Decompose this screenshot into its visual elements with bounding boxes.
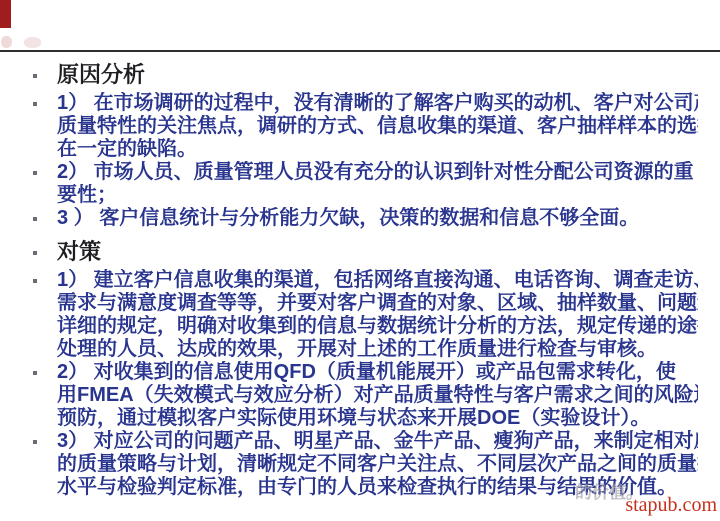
item-text-line: 3） 对应公司的问题产品、明星产品、金牛产品、瘦狗产品，来制定相对应 <box>57 430 698 453</box>
bullet-col <box>30 161 57 175</box>
bullet-col <box>30 269 57 283</box>
section-heading: 原因分析 <box>57 60 145 90</box>
bullet-col <box>30 60 57 78</box>
item-text: 1） 在市场调研的过程中，没有清晰的了解客户购买的动机、客户对公司产品质量特性的… <box>57 92 698 161</box>
item-text-line: 3 ） 客户信息统计与分析能力欠缺，决策的数据和信息不够全面。 <box>57 207 698 230</box>
bullet-icon <box>33 371 37 375</box>
bullet-col <box>30 430 57 444</box>
corner-smudge <box>24 37 41 48</box>
bullet-icon <box>33 440 37 444</box>
bullet-icon <box>33 102 37 106</box>
item-text-line: 的质量策略与计划，清晰规定不同客户关注点、不同层次产品之间的质量控制 <box>57 453 698 476</box>
list-item: 2） 市场人员、质量管理人员没有充分的认识到针对性分配公司资源的重要性； <box>30 161 698 207</box>
top-divider-rule <box>0 50 720 52</box>
list-item: 1） 建立客户信息收集的渠道，包括网络直接沟通、电话咨询、调查走访、需求与满意度… <box>30 269 698 361</box>
corner-accent-bar <box>0 0 11 28</box>
item-text-line: 在一定的缺陷。 <box>57 138 698 161</box>
bullet-col <box>30 207 57 221</box>
bullet-col <box>30 92 57 106</box>
list-item: 2） 对收集到的信息使用QFD（质量机能展开）或产品包需求转化，使用FMEA（失… <box>30 361 698 430</box>
item-text: 3 ） 客户信息统计与分析能力欠缺，决策的数据和信息不够全面。 <box>57 207 698 230</box>
list-item: 3 ） 客户信息统计与分析能力欠缺，决策的数据和信息不够全面。 <box>30 207 698 230</box>
item-text-line: 2） 对收集到的信息使用QFD（质量机能展开）或产品包需求转化，使 <box>57 361 698 384</box>
site-watermark: stapub.com <box>625 494 717 517</box>
item-text-line: 要性； <box>57 184 698 207</box>
item-text-line: 质量特性的关注焦点，调研的方式、信息收集的渠道、客户抽样样本的选择存 <box>57 115 698 138</box>
section-heading-row: 对策 <box>30 237 698 267</box>
item-text-line: 处理的人员、达成的效果，开展对上述的工作质量进行检查与审核。 <box>57 338 698 361</box>
item-text-line: 1） 建立客户信息收集的渠道，包括网络直接沟通、电话咨询、调查走访、 <box>57 269 698 292</box>
item-text: 2） 市场人员、质量管理人员没有充分的认识到针对性分配公司资源的重要性； <box>57 161 698 207</box>
slide-page: { "decor": { "corner_bar_color": "#a01d1… <box>0 0 720 521</box>
bullet-icon <box>33 217 37 221</box>
item-text-line: 详细的规定，明确对收集到的信息与数据统计分析的方法，规定传递的途径与 <box>57 315 698 338</box>
bullet-icon <box>33 171 37 175</box>
bullet-icon <box>33 279 37 283</box>
section-heading: 对策 <box>57 237 101 267</box>
item-text-line: 用FMEA（失效模式与效应分析）对产品质量特性与客户需求之间的风险进行 <box>57 384 698 407</box>
bullet-icon <box>33 251 37 255</box>
item-text-line: 需求与满意度调查等等，并要对客户调查的对象、区域、抽样数量、问题进行 <box>57 292 698 315</box>
bullet-col <box>30 361 57 375</box>
item-text-line: 1） 在市场调研的过程中，没有清晰的了解客户购买的动机、客户对公司产品 <box>57 92 698 115</box>
corner-smudge <box>1 36 12 48</box>
item-text-line: 预防，通过模拟客户实际使用环境与状态来开展DOE（实验设计）。 <box>57 407 698 430</box>
list-item: 1） 在市场调研的过程中，没有清晰的了解客户购买的动机、客户对公司产品质量特性的… <box>30 92 698 161</box>
bullet-icon <box>33 74 37 78</box>
section-heading-row: 原因分析 <box>30 60 698 90</box>
bullet-col <box>30 237 57 255</box>
item-text: 2） 对收集到的信息使用QFD（质量机能展开）或产品包需求转化，使用FMEA（失… <box>57 361 698 430</box>
item-text: 1） 建立客户信息收集的渠道，包括网络直接沟通、电话咨询、调查走访、需求与满意度… <box>57 269 698 361</box>
slide-content-area: 原因分析1） 在市场调研的过程中，没有清晰的了解客户购买的动机、客户对公司产品质… <box>30 53 698 499</box>
item-text-line: 2） 市场人员、质量管理人员没有充分的认识到针对性分配公司资源的重 <box>57 161 698 184</box>
